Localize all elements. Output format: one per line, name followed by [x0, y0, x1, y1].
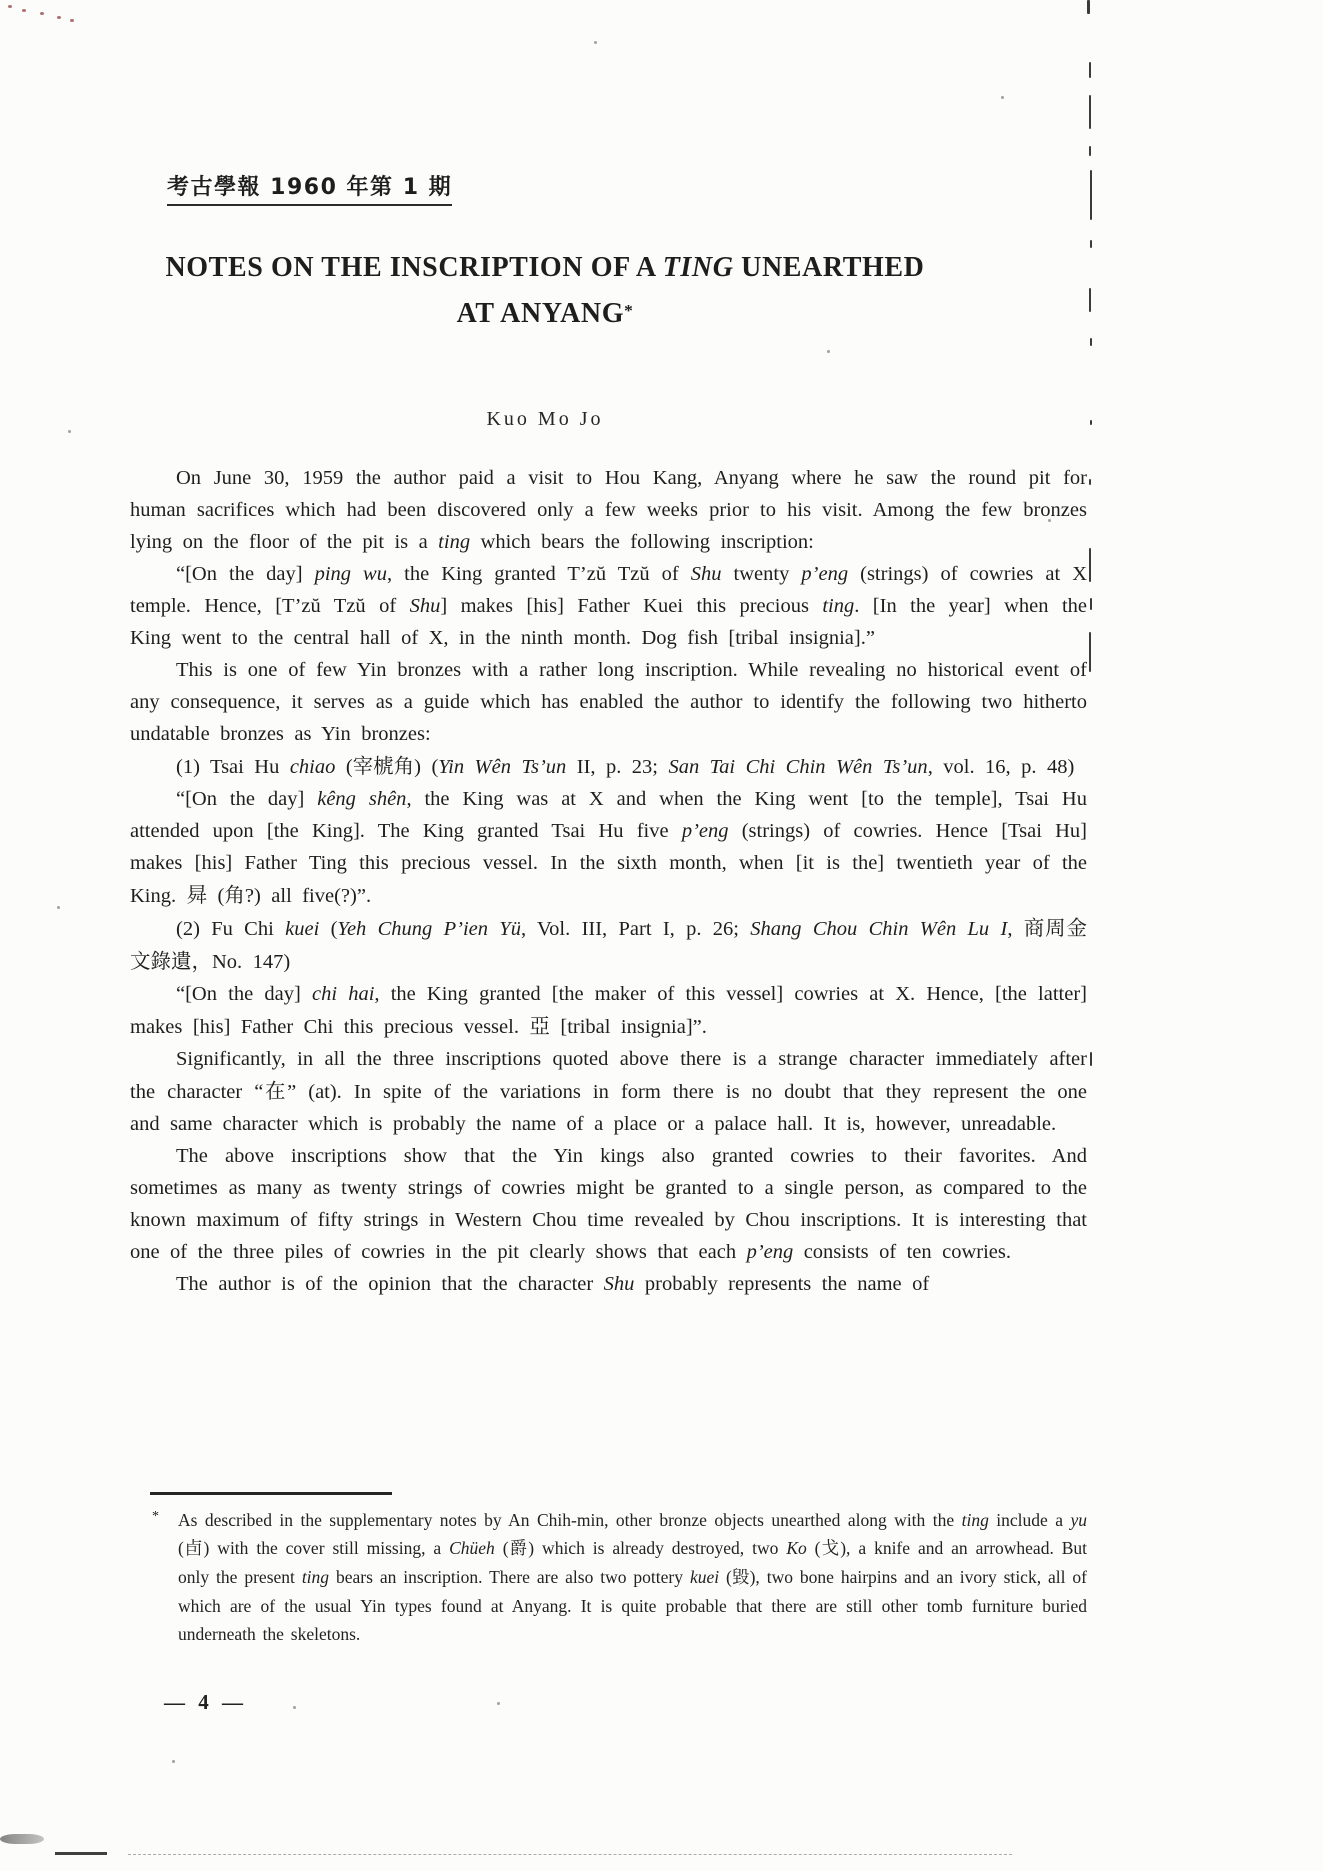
body-paragraph: (2) Fu Chi kuei (Yeh Chung P’ien Yü, Vol… [130, 912, 1087, 978]
italic-run: ting [822, 595, 854, 617]
scan-dash-artifact [1090, 338, 1092, 346]
scan-dash-artifact [1089, 95, 1091, 129]
article-body: On June 30, 1959 the author paid a visit… [130, 462, 1087, 1300]
cjk-run: 角 [224, 883, 245, 907]
text-run: “[On the day] [176, 563, 315, 585]
text-run: “[On the day] [176, 788, 317, 810]
text-run: , Vol. III, Part I, p. 26; [521, 918, 750, 940]
footnote-marker: * [152, 1503, 159, 1531]
scan-dash-artifact [1089, 632, 1091, 672]
italic-run: ping wu [315, 563, 387, 585]
italic-run: TING [663, 252, 734, 283]
cjk-run: 曻 [187, 883, 208, 907]
body-paragraph: “[On the day] ping wu, the King granted … [130, 558, 1087, 654]
scan-dash-artifact [1089, 479, 1091, 485]
scan-dash-artifact [1090, 170, 1092, 220]
italic-run: Shu [691, 563, 722, 585]
text-run: As described in the supplementary notes … [178, 1510, 962, 1530]
scan-line-artifact [55, 1852, 107, 1855]
italic-run: kêng shên [317, 788, 406, 810]
scan-speck [827, 350, 830, 353]
scan-red-speck [57, 16, 61, 19]
italic-run: Shu [410, 595, 441, 617]
footnote: * As described in the supplementary note… [130, 1506, 1087, 1648]
italic-run: Chüeh [449, 1538, 495, 1558]
text-run: probably represents the name of [634, 1273, 929, 1295]
text-run: (2) Fu Chi [176, 918, 285, 940]
text-run: ，No. 147) [192, 951, 291, 973]
italic-run: Yeh Chung P’ien Yü [337, 918, 521, 940]
text-run: ) ( [414, 756, 438, 778]
text-run: * [624, 301, 633, 320]
journal-header: 考古學報 1960 年第 1 期 [167, 170, 452, 206]
cjk-run: 毀 [732, 1568, 750, 1588]
text-run: include a [989, 1510, 1071, 1530]
scan-speck [594, 41, 597, 44]
text-run: , [1007, 918, 1023, 940]
text-run: ( [807, 1538, 821, 1558]
cjk-run: 卣 [184, 1539, 204, 1559]
italic-run: Yin Wên Ts’un [438, 756, 566, 778]
text-run: The author is of the opinion that the ch… [176, 1273, 604, 1295]
body-paragraph: On June 30, 1959 the author paid a visit… [130, 462, 1087, 558]
italic-run: p’eng [682, 820, 729, 842]
text-run: [tribal insignia]”. [550, 1016, 707, 1038]
italic-run: chiao [290, 756, 336, 778]
scanned-paper-page: 考古學報 1960 年第 1 期 NOTES ON THE INSCRIPTIO… [0, 0, 1323, 1871]
text-run: twenty [722, 563, 802, 585]
text-run: ( [335, 756, 352, 778]
scan-speck [172, 1760, 175, 1763]
page-number: — 4 — [164, 1690, 247, 1715]
cjk-run: 戈 [821, 1539, 841, 1559]
footnote-text: As described in the supplementary notes … [178, 1510, 1087, 1644]
text-run: (1) Tsai Hu [176, 756, 290, 778]
cjk-run: 在 [263, 1079, 287, 1103]
scan-dash-artifact [1090, 420, 1092, 425]
cjk-run: 亞 [529, 1014, 550, 1038]
body-paragraph: (1) Tsai Hu chiao (宰椃角) (Yin Wên Ts’un I… [130, 750, 1087, 783]
italic-run: p’eng [747, 1241, 794, 1263]
text-run: ( [207, 885, 224, 907]
text-run: NOTES ON THE INSCRIPTION OF A [165, 252, 662, 283]
scan-speck [57, 906, 60, 909]
body-paragraph: “[On the day] chi hai, the King granted … [130, 978, 1087, 1043]
italic-run: San Tai Chi Chin Wên Ts’un [668, 756, 927, 778]
scan-red-speck [40, 12, 44, 15]
italic-run: yu [1070, 1510, 1087, 1530]
scan-dash-artifact [1089, 62, 1091, 78]
scan-speck [497, 1702, 500, 1705]
body-paragraph: The above inscriptions show that the Yin… [130, 1140, 1087, 1268]
italic-run: Ko [786, 1538, 806, 1558]
scan-dash-artifact [1089, 548, 1091, 582]
scan-dash-artifact [1090, 240, 1092, 248]
scan-dash-artifact [1090, 598, 1092, 610]
text-run: UNEARTHED [734, 252, 925, 283]
italic-run: ting [962, 1510, 989, 1530]
scan-line-artifact [128, 1854, 1012, 1855]
scan-dash-artifact [1089, 288, 1091, 312]
text-run: AT ANYANG [457, 298, 624, 329]
italic-run: Shang Chou Chin Wên Lu I [750, 918, 1007, 940]
scan-red-speck [8, 5, 12, 8]
scan-speck [293, 1706, 296, 1709]
body-paragraph: Significantly, in all the three inscript… [130, 1043, 1087, 1140]
text-run: ?) all five(?)”. [245, 885, 371, 907]
body-paragraph: The author is of the opinion that the ch… [130, 1268, 1087, 1300]
text-run: consists of ten cowries. [793, 1241, 1011, 1263]
body-paragraph: “[On the day] kêng shên, the King was at… [130, 783, 1087, 912]
text-run: ] makes [his] Father Kuei this precious [440, 595, 822, 617]
text-run: , the King granted T’zŭ Tzŭ of [387, 563, 691, 585]
author-name: Kuo Mo Jo [130, 408, 960, 431]
scan-dash-artifact [1089, 146, 1091, 156]
italic-run: ting [302, 1567, 329, 1587]
text-run: ( [495, 1538, 509, 1558]
scan-speck [68, 430, 71, 433]
scan-red-speck [22, 9, 26, 12]
cjk-run: 爵 [509, 1539, 529, 1559]
italic-run: kuei [285, 918, 319, 940]
text-run: bears an inscription. There are also two… [329, 1567, 690, 1587]
scan-speck [1001, 96, 1004, 99]
text-run: II, p. 23; [566, 756, 668, 778]
cjk-run: 宰椃角 [353, 754, 415, 778]
scan-dash-artifact [1090, 1052, 1092, 1066]
text-run: ( [319, 918, 337, 940]
scan-speck [1010, 1574, 1013, 1577]
italic-run: chi hai [312, 983, 374, 1005]
text-run: “[On the day] [176, 983, 312, 1005]
scan-speck [1048, 519, 1051, 522]
italic-run: ting [438, 531, 470, 553]
scan-red-speck [70, 19, 74, 22]
text-run: , vol. 16, p. 48) [928, 756, 1075, 778]
italic-run: kuei [690, 1567, 719, 1587]
text-run: ) which is already destroyed, two [528, 1538, 786, 1558]
scan-dash-artifact [1087, 0, 1090, 14]
italic-run: p’eng [801, 563, 848, 585]
scan-smudge [0, 1834, 44, 1844]
text-run: ) with the cover still missing, a [204, 1538, 450, 1558]
article-title: NOTES ON THE INSCRIPTION OF A TING UNEAR… [130, 246, 960, 335]
article-title-line1: NOTES ON THE INSCRIPTION OF A TING UNEAR… [130, 246, 960, 289]
text-run: This is one of few Yin bronzes with a ra… [130, 659, 1087, 745]
article-title-line2: AT ANYANG* [130, 289, 960, 335]
text-run: ( [719, 1567, 732, 1587]
footnote-separator [150, 1492, 392, 1495]
body-paragraph: This is one of few Yin bronzes with a ra… [130, 654, 1087, 750]
italic-run: Shu [604, 1273, 635, 1295]
text-run: which bears the following inscription: [470, 531, 814, 553]
